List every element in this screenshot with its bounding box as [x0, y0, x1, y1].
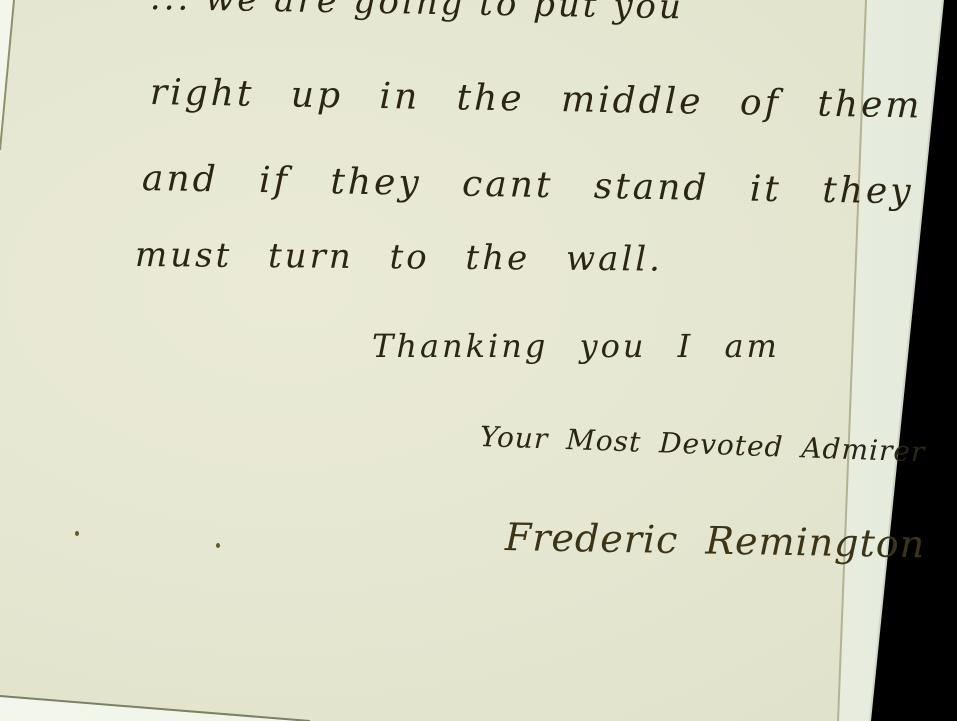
ink-spot: [216, 543, 220, 548]
letter-line: must turn to the wall.: [135, 235, 663, 280]
ink-spot: [75, 531, 79, 536]
closing-line: Thanking you I am: [372, 327, 780, 365]
signature: Frederic Remington: [505, 515, 926, 566]
